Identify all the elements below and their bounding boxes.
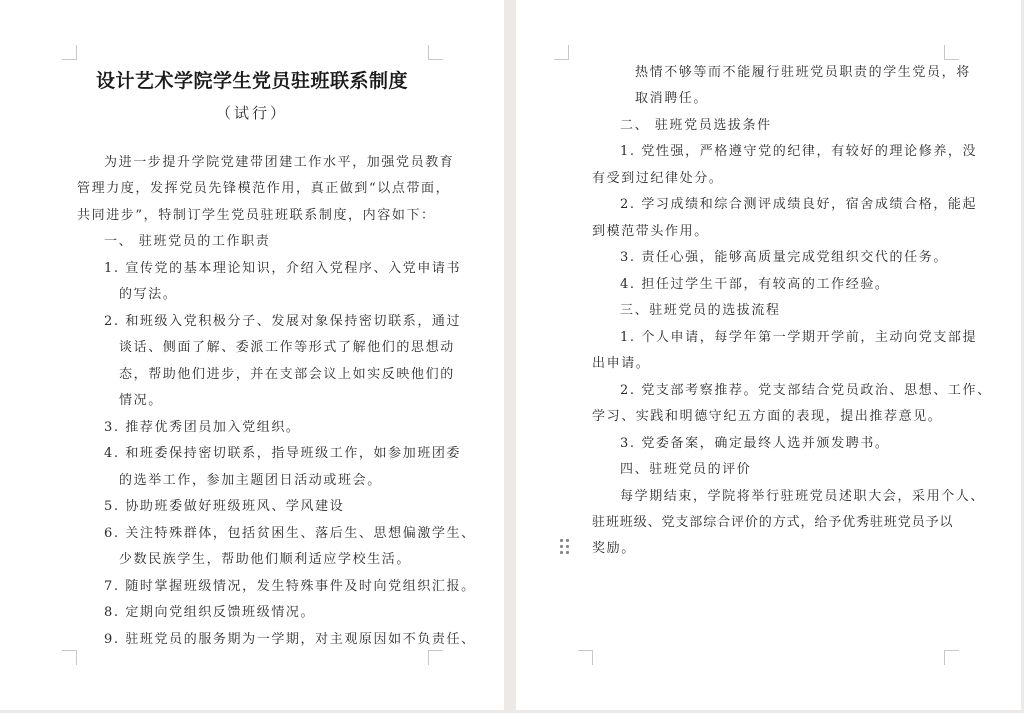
document-subtitle[interactable]: （试行） bbox=[0, 102, 504, 123]
margin-corner-bottom-right bbox=[428, 650, 443, 665]
list-item-7[interactable]: 7. 随时掌握班级情况，发生特殊事件及时向党组织汇报。 bbox=[104, 579, 476, 595]
paragraph-line[interactable]: 有受到过纪律处分。 bbox=[592, 171, 723, 187]
paragraph-line[interactable]: 为进一步提升学院党建带团建工作水平，加强党员教育 bbox=[104, 155, 454, 171]
margin-corner-top-left bbox=[554, 45, 569, 60]
list-item-6-cont[interactable]: 少数民族学生，帮助他们顺利适应学校生活。 bbox=[119, 552, 411, 568]
list-item-8[interactable]: 8. 定期向党组织反馈班级情况。 bbox=[104, 605, 315, 621]
list-item-2-cont[interactable]: 态，帮助他们进步，并在支部会议上如实反映他们的 bbox=[119, 367, 455, 383]
list-item-6[interactable]: 6. 关注特殊群体，包括贫困生、落后生、思想偏激学生、 bbox=[104, 526, 476, 542]
paragraph-line[interactable]: 3. 责任心强，能够高质量完成党组织交代的任务。 bbox=[620, 250, 948, 266]
margin-corner-top-left bbox=[62, 45, 77, 60]
document-page-2: 热情不够等而不能履行驻班党员职责的学生党员，将 取消聘任。 二、 驻班党员选拔条… bbox=[516, 0, 1021, 710]
list-item-9-cont[interactable]: 取消聘任。 bbox=[635, 91, 708, 107]
margin-corner-bottom-left bbox=[578, 650, 593, 665]
list-item-1[interactable]: 1. 宣传党的基本理论知识，介绍入党程序、入党申请书 bbox=[104, 261, 461, 277]
list-item-1-cont[interactable]: 的写法。 bbox=[119, 287, 177, 303]
paragraph-line[interactable]: 共同进步”，特制订学生党员驻班联系制度，内容如下： bbox=[77, 208, 436, 224]
list-item-4-cont[interactable]: 的选举工作，参加主题团日活动或班会。 bbox=[119, 473, 382, 489]
paragraph-line[interactable]: 管理力度，发挥党员先锋模范作用，真正做到“以点带面， bbox=[77, 181, 450, 197]
paragraph-drag-handle-icon[interactable] bbox=[560, 539, 570, 555]
section-heading-3[interactable]: 三、驻班党员的选拔流程 bbox=[620, 303, 781, 319]
list-item-5[interactable]: 5. 协助班委做好班级班风、学风建设 bbox=[104, 499, 344, 515]
list-item-2-cont[interactable]: 谈话、侧面了解、委派工作等形式了解他们的思想动 bbox=[119, 340, 455, 356]
paragraph-line[interactable]: 每学期结束，学院将举行驻班党员述职大会，采用个人、 bbox=[620, 489, 985, 505]
list-item-2-cont[interactable]: 情况。 bbox=[119, 393, 163, 409]
margin-corner-top-right bbox=[944, 45, 959, 60]
paragraph-line[interactable]: 到模范带头作用。 bbox=[592, 224, 709, 240]
paragraph-line[interactable]: 4. 担任过学生干部，有较高的工作经验。 bbox=[620, 277, 890, 293]
paragraph-line[interactable]: 1. 个人申请，每学年第一学期开学前，主动向党支部提 bbox=[620, 330, 977, 346]
list-item-4[interactable]: 4. 和班委保持密切联系，指导班级工作，如参加班团委 bbox=[104, 446, 461, 462]
paragraph-line[interactable]: 出申请。 bbox=[592, 356, 650, 372]
paragraph-line[interactable]: 奖励。 bbox=[592, 541, 636, 557]
section-heading-4[interactable]: 四、驻班党员的评价 bbox=[620, 462, 751, 478]
margin-corner-bottom-right bbox=[944, 650, 959, 665]
paragraph-line[interactable]: 2. 党支部考察推荐。党支部结合党员政治、思想、工作、 bbox=[620, 383, 992, 399]
document-page-1: 设计艺术学院学生党员驻班联系制度 （试行） 为进一步提升学院党建带团建工作水平，… bbox=[0, 0, 504, 710]
paragraph-line[interactable]: 学习、实践和明德守纪五方面的表现，提出推荐意见。 bbox=[592, 409, 942, 425]
list-item-2[interactable]: 2. 和班级入党积极分子、发展对象保持密切联系，通过 bbox=[104, 314, 461, 330]
margin-corner-bottom-left bbox=[62, 650, 77, 665]
margin-corner-top-right bbox=[428, 45, 443, 60]
list-item-9-cont[interactable]: 热情不够等而不能履行驻班党员职责的学生党员，将 bbox=[635, 65, 971, 81]
list-item-3[interactable]: 3. 推荐优秀团员加入党组织。 bbox=[104, 420, 301, 436]
document-title[interactable]: 设计艺术学院学生党员驻班联系制度 bbox=[0, 66, 504, 93]
list-item-9[interactable]: 9. 驻班党员的服务期为一学期，对主观原因如不负责任、 bbox=[104, 632, 476, 648]
paragraph-line[interactable]: 2. 学习成绩和综合测评成绩良好，宿舍成绩合格，能起 bbox=[620, 197, 977, 213]
paragraph-line[interactable]: 3. 党委备案，确定最终人选并颁发聘书。 bbox=[620, 436, 890, 452]
paragraph-line[interactable]: 驻班班级、党支部综合评价的方式，给予优秀驻班党员予以 bbox=[592, 515, 953, 531]
section-heading-2[interactable]: 二、 驻班党员选拔条件 bbox=[620, 118, 772, 134]
section-heading-1[interactable]: 一、 驻班党员的工作职责 bbox=[104, 234, 270, 250]
paragraph-line[interactable]: 1. 党性强，严格遵守党的纪律，有较好的理论修养，没 bbox=[620, 144, 977, 160]
